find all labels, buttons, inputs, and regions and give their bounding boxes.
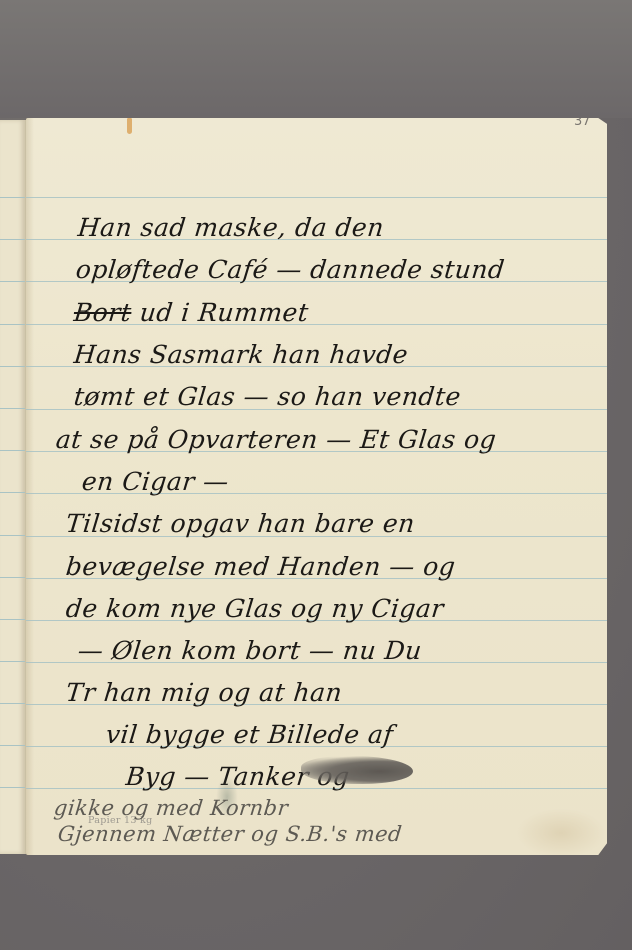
ink-blot [301, 756, 413, 784]
rust-stain [127, 118, 132, 134]
ruled-line [0, 281, 25, 282]
water-stain [516, 808, 606, 858]
ruled-line [0, 450, 25, 451]
facing-page-edge [0, 120, 26, 854]
handwritten-line: Bort ud i Rummet [72, 298, 310, 327]
line-remainder: ud i Rummet [138, 298, 310, 327]
gutter-shadow [26, 118, 34, 855]
handwritten-line: at se på Opvarteren — Et Glas og [54, 425, 497, 454]
pencil-line: gikke og med Kornbr [53, 796, 290, 820]
background-top [0, 0, 632, 118]
ruled-line [0, 787, 25, 788]
ruled-line [0, 745, 25, 746]
ruled-line [0, 197, 25, 198]
handwritten-line: de kom nye Glas og ny Cigar [64, 594, 445, 623]
struck-word: Bort [72, 298, 132, 327]
ruled-line [0, 577, 25, 578]
handwritten-line: Hans Sasmark han havde [72, 340, 409, 369]
ruled-line [0, 661, 25, 662]
ruled-line [0, 239, 25, 240]
handwritten-line: en Cigar — [80, 467, 230, 496]
handwritten-line: bevægelse med Handen — og [64, 552, 456, 581]
ruled-line [26, 197, 607, 198]
notebook-page: 37 Han sad maske, da den opløftede Café … [26, 118, 607, 855]
ruled-line [0, 408, 25, 409]
handwritten-line: Han sad maske, da den [76, 213, 385, 242]
ruled-line [0, 535, 25, 536]
ruled-line [0, 619, 25, 620]
ruled-line [0, 703, 25, 704]
ruled-line [0, 324, 25, 325]
ruled-line [0, 492, 25, 493]
handwritten-line: — Ølen kom bort — nu Du [76, 636, 423, 665]
handwritten-line: tømt et Glas — so han vendte [72, 382, 462, 411]
pencil-line: Gjennem Nætter og S.B.'s med [57, 822, 404, 846]
handwritten-line: opløftede Café — dannede stund [74, 255, 506, 284]
handwritten-line: vil bygge et Billede af [104, 720, 394, 749]
ruled-line [0, 366, 25, 367]
handwritten-line: Tilsidst opgav han bare en [64, 509, 416, 538]
handwritten-line: Tr han mig og at han [64, 678, 343, 707]
